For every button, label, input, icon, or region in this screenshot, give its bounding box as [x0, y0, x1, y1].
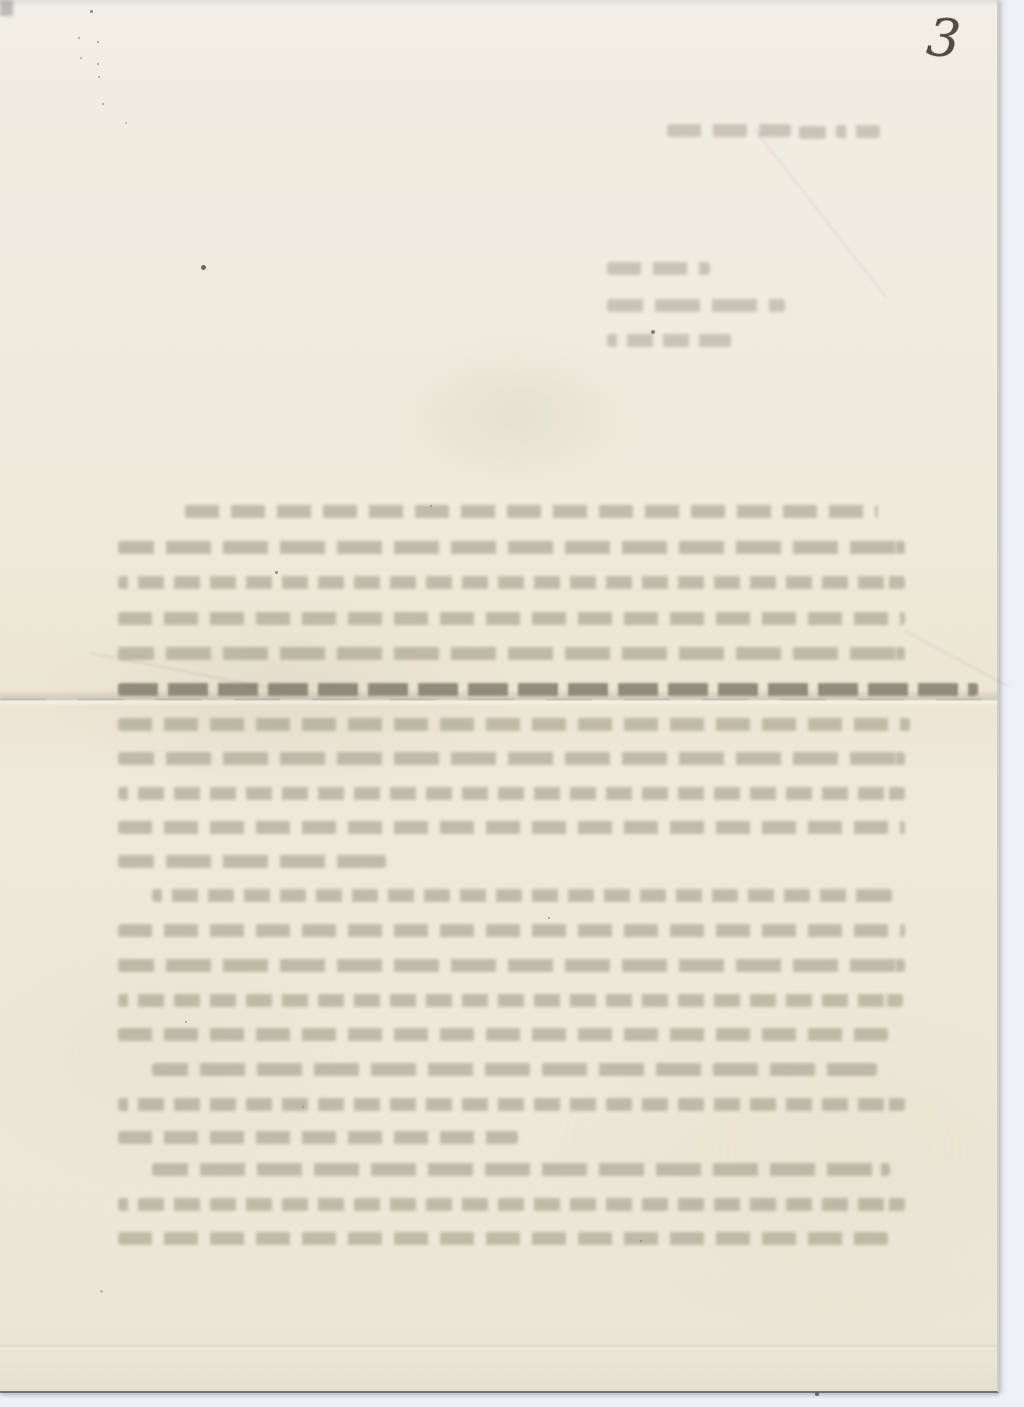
faded-text-line-p3 [118, 1098, 905, 1111]
ink-speck [78, 37, 80, 39]
faded-text-line-p3 [118, 1131, 518, 1144]
faded-recipient-line [607, 299, 785, 312]
ink-speck [548, 917, 550, 919]
ink-speck [97, 41, 99, 43]
ink-speck [125, 122, 127, 124]
ink-speck [640, 1240, 642, 1242]
faded-date-line [799, 126, 826, 139]
ink-speck [90, 10, 93, 13]
ink-speck [100, 1290, 103, 1293]
handwritten-page-number: 3 [924, 12, 979, 69]
faded-text-line-p2 [118, 994, 903, 1007]
scanned-letter-page: 3 [0, 0, 1024, 1407]
faded-text-line-p2 [118, 1028, 888, 1041]
faded-date-line [667, 124, 791, 137]
ink-speck [201, 265, 206, 270]
paper-wrinkle [753, 128, 887, 299]
ink-speck [430, 505, 432, 507]
ink-speck [80, 57, 82, 59]
ink-speck [98, 76, 100, 78]
fold-crease-lower [0, 1343, 997, 1350]
faded-text-line-p1 [118, 576, 905, 589]
ink-speck [185, 1021, 187, 1023]
paper-sheet: 3 [0, 0, 999, 1393]
faded-text-line-p3 [152, 1063, 877, 1076]
faded-text-line-p2 [118, 959, 905, 972]
faded-recipient-line [607, 262, 710, 275]
faded-text-line-p2 [118, 924, 905, 937]
faded-text-line-p1 [118, 718, 910, 731]
ink-speck [651, 330, 655, 334]
ink-speck [302, 1106, 304, 1108]
faded-text-line-p2 [152, 889, 892, 902]
ink-speck [102, 103, 104, 105]
ink-speck [275, 571, 278, 574]
faded-text-line-p1 [118, 855, 386, 868]
faded-text-line-p1 [118, 541, 905, 554]
faded-text-line-p1 [118, 821, 905, 834]
paper-top-edge-shading [0, 0, 997, 7]
faded-text-line-p1 [118, 647, 905, 660]
faded-text-line-p4 [152, 1163, 890, 1176]
ink-speck [97, 63, 99, 65]
faded-date-line [836, 125, 880, 138]
paper-wrinkle [904, 630, 1011, 688]
faded-text-line-p4 [118, 1198, 905, 1211]
corner-smudge [0, 0, 13, 16]
faded-recipient-line [607, 334, 731, 347]
faded-text-line-p1 [118, 612, 905, 625]
faded-text-line-p1 [185, 505, 878, 518]
faded-text-line-p1 [118, 752, 905, 765]
faded-text-line-p1 [118, 787, 905, 800]
fold-crease [0, 690, 997, 706]
faded-text-line-p4 [118, 1232, 888, 1245]
ink-speck [815, 1392, 819, 1396]
